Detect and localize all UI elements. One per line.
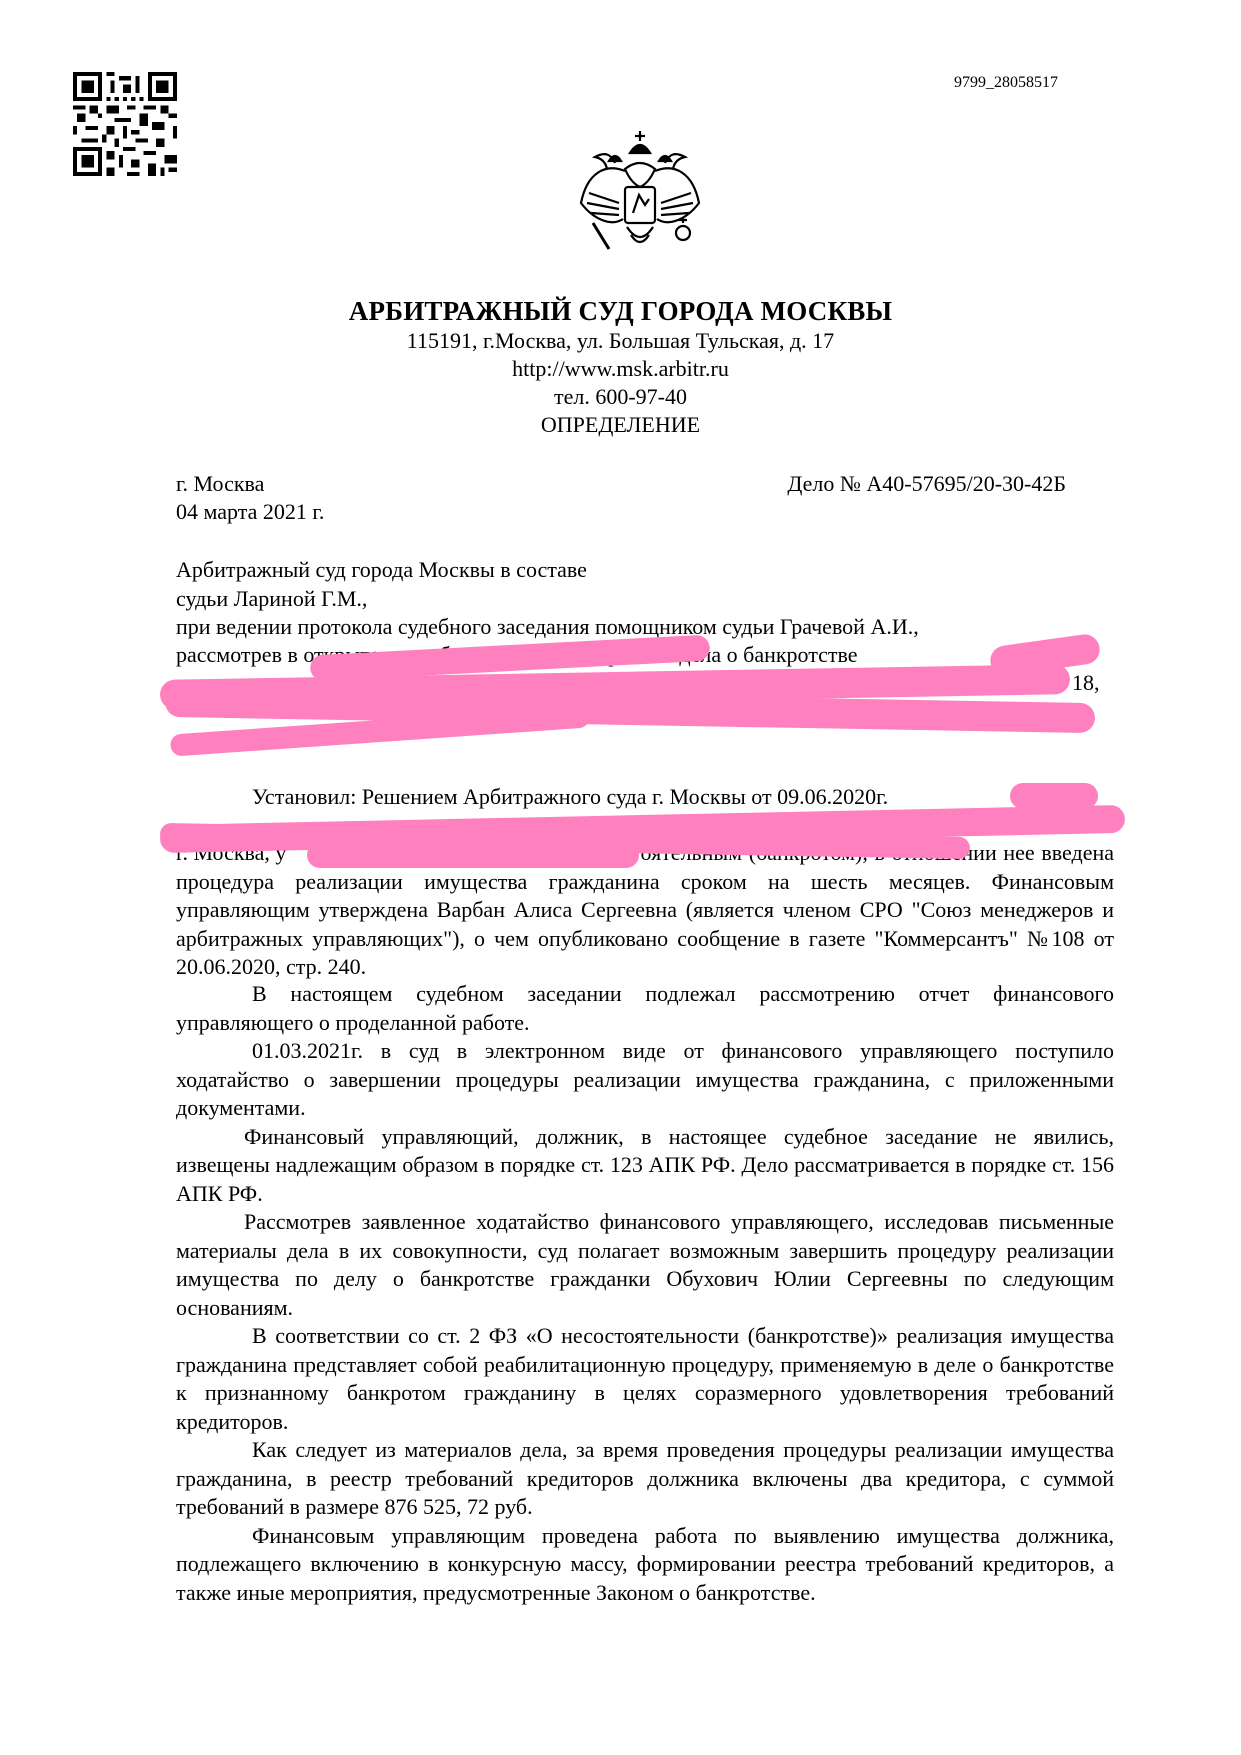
paragraph-text: В соответствии со ст. 2 ФЗ «О несостояте…: [176, 1322, 1114, 1436]
paragraph-report: В настоящем судебном заседании подлежал …: [176, 980, 1114, 1607]
city: г. Москва: [176, 470, 264, 499]
redaction-mark: [307, 842, 639, 868]
judge-line: судьи Лариной Г.М.,: [176, 585, 367, 614]
paragraph-text: Рассмотрев заявленное ходатайство финанс…: [176, 1208, 1114, 1322]
paragraph-text: 01.03.2021г. в суд в электронном виде от…: [176, 1037, 1114, 1123]
paragraph-text: В настоящем судебном заседании подлежал …: [176, 980, 1114, 1037]
redacted-line-fragment: 18,: [1072, 669, 1100, 698]
composition-line: Арбитражный суд города Москвы в составе: [176, 556, 587, 585]
court-website-link[interactable]: http://www.msk.arbitr.ru: [0, 356, 1241, 382]
case-number: Дело № А40-57695/20-30-42Б: [787, 470, 1066, 499]
paragraph-text: Финансовым управляющим проведена работа …: [176, 1522, 1114, 1608]
established-lead: Установил: Решением Арбитражного суда г.…: [252, 783, 888, 812]
court-name: АРБИТРАЖНЫЙ СУД ГОРОДА МОСКВЫ: [0, 296, 1241, 327]
paragraph-text: Как следует из материалов дела, за время…: [176, 1436, 1114, 1522]
court-phone: тел. 600-97-40: [0, 384, 1241, 410]
document-id: 9799_28058517: [954, 74, 1058, 92]
paragraph-text: Финансовый управляющий, должник, в насто…: [176, 1123, 1114, 1209]
secretary-line: при ведении протокола судебного заседани…: [176, 613, 919, 642]
coat-of-arms-icon: [575, 123, 705, 263]
document-date: 04 марта 2021 г.: [176, 498, 324, 527]
court-address: 115191, г.Москва, ул. Большая Тульская, …: [0, 328, 1241, 354]
qr-code-icon: [73, 72, 177, 176]
document-type: ОПРЕДЕЛЕНИЕ: [0, 412, 1241, 438]
